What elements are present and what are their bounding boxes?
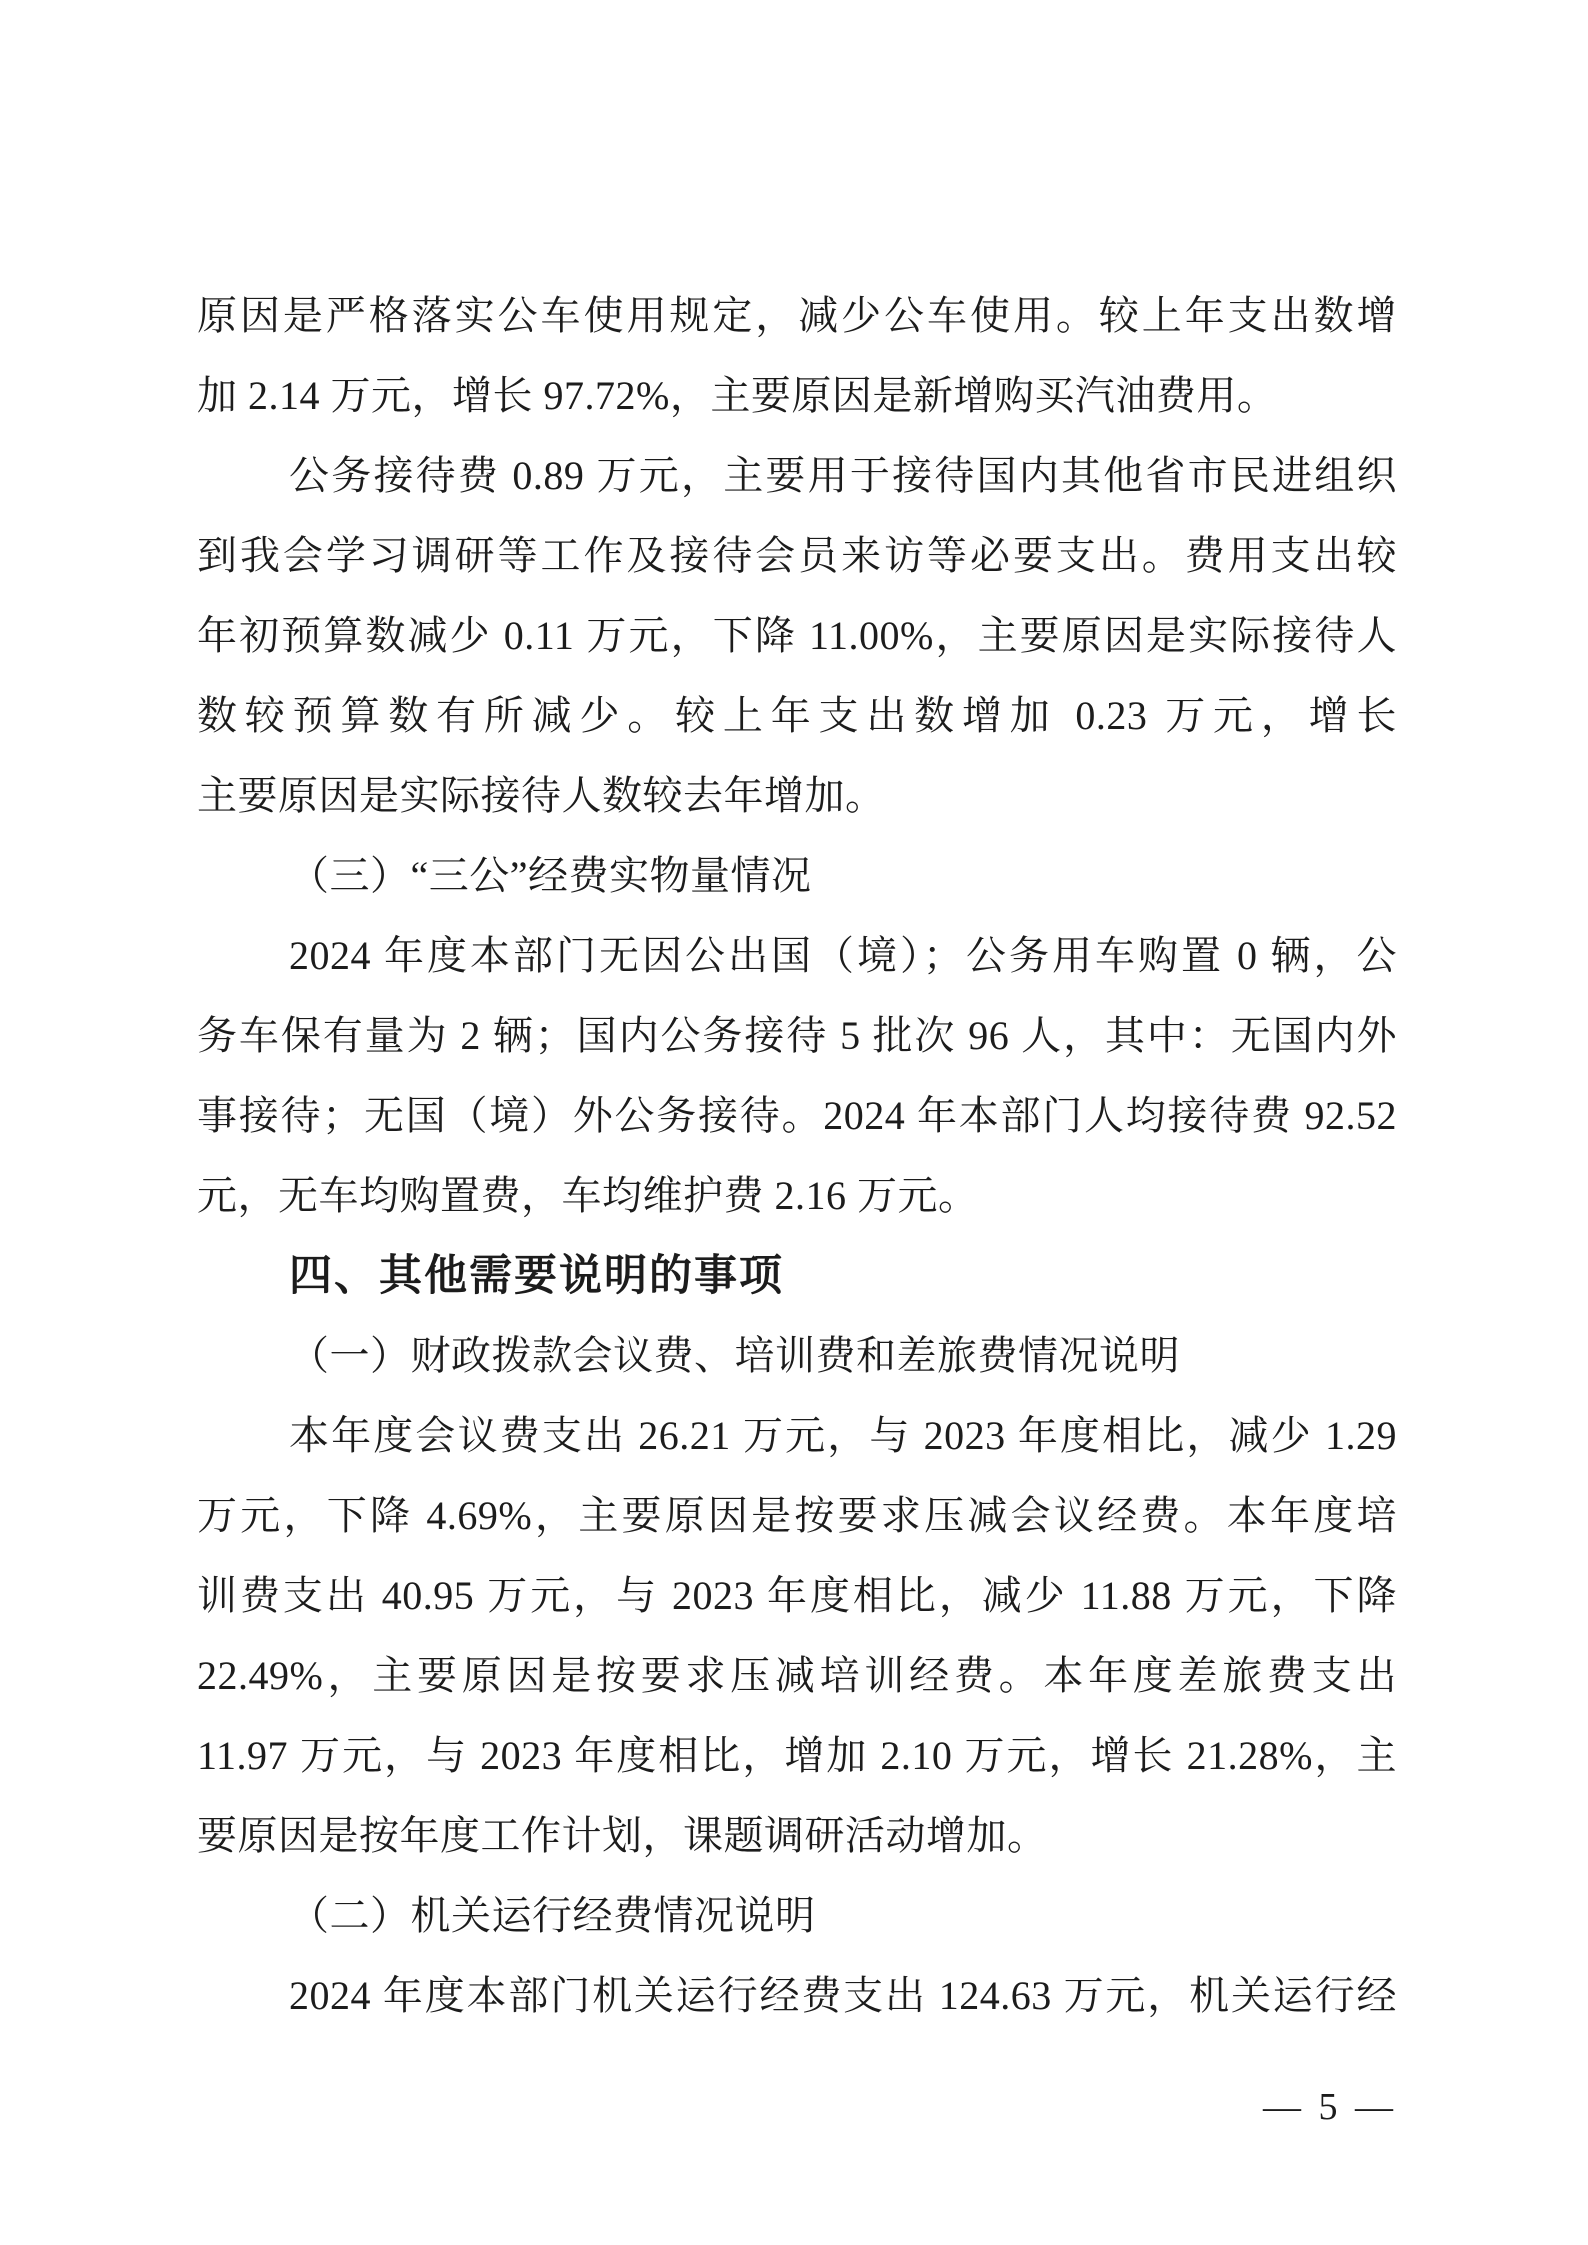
text-line: 原因是严格落实公车使用规定，减少公车使用。较上年支出数增	[197, 276, 1397, 356]
text-line: 公务接待费 0.89 万元，主要用于接待国内其他省市民进组织	[197, 436, 1397, 516]
page-number: — 5 —	[197, 2082, 1397, 2132]
sub-heading: （三）“三公”经费实物量情况	[197, 836, 1397, 916]
text-line: 年初预算数减少 0.11 万元，下降 11.00%，主要原因是实际接待人	[197, 596, 1397, 676]
document-page: 原因是严格落实公车使用规定，减少公车使用。较上年支出数增加 2.14 万元，增长…	[0, 0, 1588, 2245]
sub-heading: （二）机关运行经费情况说明	[197, 1876, 1397, 1956]
text-line: 万元，下降 4.69%，主要原因是按要求压减会议经费。本年度培	[197, 1476, 1397, 1556]
text-line: 到我会学习调研等工作及接待会员来访等必要支出。费用支出较	[197, 516, 1397, 596]
text-line: 加 2.14 万元，增长 97.72%，主要原因是新增购买汽油费用。	[197, 356, 1397, 436]
text-line: 要原因是按年度工作计划，课题调研活动增加。	[197, 1796, 1397, 1876]
text-line: 22.49%，主要原因是按要求压减培训经费。本年度差旅费支出	[197, 1636, 1397, 1716]
text-line: 元，无车均购置费，车均维护费 2.16 万元。	[197, 1156, 1397, 1236]
text-line: 2024 年度本部门机关运行经费支出 124.63 万元，机关运行经	[197, 1956, 1397, 2036]
text-line: 务车保有量为 2 辆；国内公务接待 5 批次 96 人，其中：无国内外	[197, 996, 1397, 1076]
text-line: 数较预算数有所减少。较上年支出数增加 0.23 万元，增长 34.85%，	[197, 676, 1397, 756]
sub-heading: （一）财政拨款会议费、培训费和差旅费情况说明	[197, 1316, 1397, 1396]
text-line: 本年度会议费支出 26.21 万元，与 2023 年度相比，减少 1.29	[197, 1396, 1397, 1476]
text-line: 主要原因是实际接待人数较去年增加。	[197, 756, 1397, 836]
document-text-block: 原因是严格落实公车使用规定，减少公车使用。较上年支出数增加 2.14 万元，增长…	[197, 276, 1397, 2036]
text-line: 11.97 万元，与 2023 年度相比，增加 2.10 万元，增长 21.28…	[197, 1716, 1397, 1796]
text-line: 训费支出 40.95 万元，与 2023 年度相比，减少 11.88 万元，下降	[197, 1556, 1397, 1636]
section-heading: 四、其他需要说明的事项	[197, 1236, 1397, 1316]
text-line: 2024 年度本部门无因公出国（境）；公务用车购置 0 辆，公	[197, 916, 1397, 996]
text-line: 事接待；无国（境）外公务接待。2024 年本部门人均接待费 92.52	[197, 1076, 1397, 1156]
